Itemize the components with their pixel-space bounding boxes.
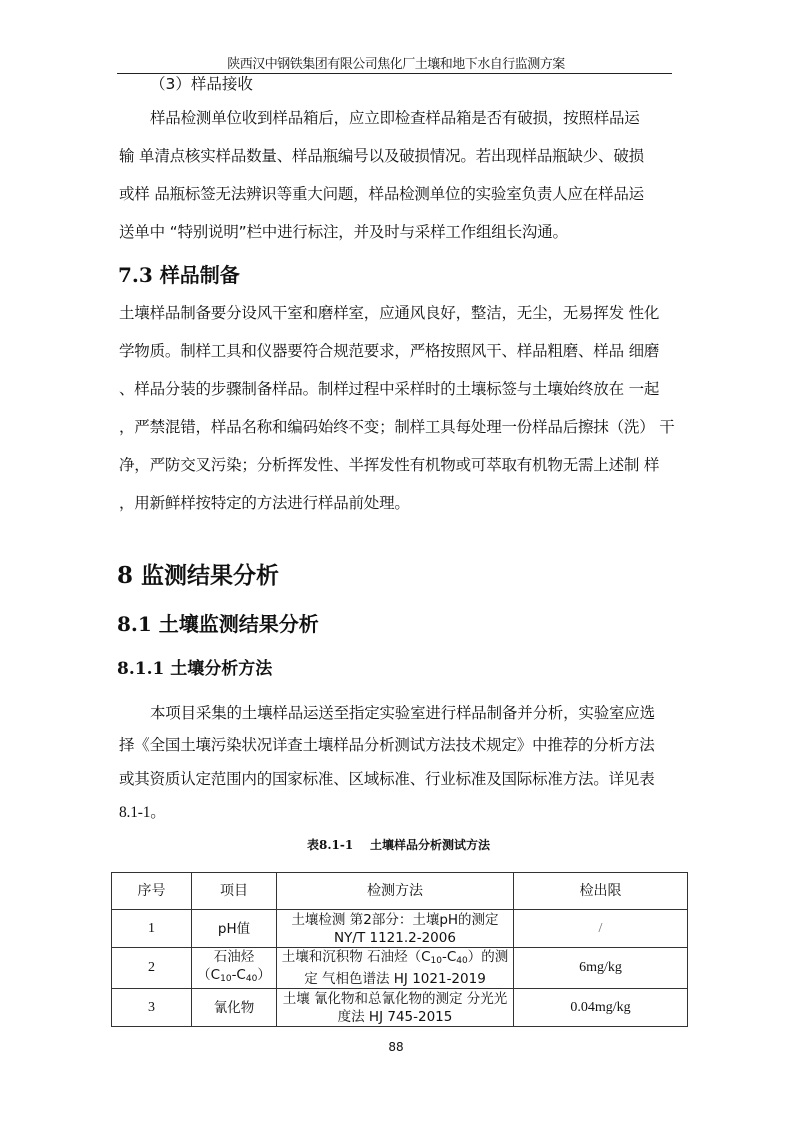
header-item: 项目 xyxy=(192,873,277,910)
table-row: 2 石油烃（C10-C40） 土壤和沉积物 石油烃（C10-C40）的测定 气相… xyxy=(112,948,688,989)
paragraph-line: 、样品分装的步骤制备样品。制样过程中采样时的土壤标签与土壤始终放在 一起 xyxy=(119,370,675,408)
cell-limit: 6mg/kg xyxy=(514,948,688,989)
paragraph-analysis-method-cont: 择《全国土壤污染状况详查土壤样品分析测试方法技术规定》中推荐的分析方法 或其资质… xyxy=(119,728,655,830)
table-caption: 表8.1-1 土壤样品分析测试方法 xyxy=(111,836,686,853)
page-number: 88 xyxy=(0,1040,792,1054)
chapter-heading-8: 8 监测结果分析 xyxy=(117,557,279,590)
header-no: 序号 xyxy=(112,873,192,910)
subsection-heading-8-1-1: 8.1.1 土壤分析方法 xyxy=(117,654,272,679)
paragraph-line: ，严禁混错，样品名称和编码始终不变；制样工具每处理一份样品后擦抹（洗） 干 xyxy=(119,408,675,446)
subscript: 10 xyxy=(431,956,442,966)
paragraph-line: 输 单清点核实样品数量、样品瓶编号以及破损情况。若出现样品瓶缺少、破损 xyxy=(119,137,644,175)
header-method: 检测方法 xyxy=(277,873,514,910)
subscript: 40 xyxy=(246,974,257,984)
paragraph-line: 或其资质认定范围内的国家标准、区域标准、行业标准及国际标准方法。详见表 xyxy=(119,762,655,796)
header-limit: 检出限 xyxy=(514,873,688,910)
cell-item: pH值 xyxy=(192,910,277,948)
cell-limit: / xyxy=(514,910,688,948)
paragraph-line: 8.1-1。 xyxy=(119,796,655,830)
cell-item: 石油烃（C10-C40） xyxy=(192,948,277,989)
paragraph-sample-receipt: 样品检测单位收到样品箱后，应立即检查样品箱是否有破损，按照样品运 xyxy=(150,99,640,137)
cell-no: 1 xyxy=(112,910,192,948)
paragraph-sample-receipt-cont: 输 单清点核实样品数量、样品瓶编号以及破损情况。若出现样品瓶缺少、破损 或样 品… xyxy=(119,137,644,251)
paragraph-line: 或样 品瓶标签无法辨识等重大问题，样品检测单位的实验室负责人应在样品运 xyxy=(119,175,644,213)
text-fragment: ） xyxy=(257,967,271,983)
table-row: 1 pH值 土壤检测 第2部分：土壤pH的测定 NY/T 1121.2-2006… xyxy=(112,910,688,948)
running-header: 陕西汉中钢铁集团有限公司焦化厂土壤和地下水自行监测方案 xyxy=(120,53,672,72)
text-fragment: -C xyxy=(232,967,246,983)
paragraph-line: 择《全国土壤污染状况详查土壤样品分析测试方法技术规定》中推荐的分析方法 xyxy=(119,728,655,762)
paragraph-analysis-method: 本项目采集的土壤样品运送至指定实验室进行样品制备并分析，实验室应选 xyxy=(150,694,655,732)
cell-method: 土壤 氰化物和总氰化物的测定 分光光度法 HJ 745-2015 xyxy=(277,989,514,1027)
paragraph-line: ，用新鲜样按特定的方法进行样品前处理。 xyxy=(119,484,675,522)
section-heading-7-3: 7.3 样品制备 xyxy=(118,259,240,288)
table-row: 3 氰化物 土壤 氰化物和总氰化物的测定 分光光度法 HJ 745-2015 0… xyxy=(112,989,688,1027)
cell-method: 土壤检测 第2部分：土壤pH的测定 NY/T 1121.2-2006 xyxy=(277,910,514,948)
cell-method: 土壤和沉积物 石油烃（C10-C40）的测定 气相色谱法 HJ 1021-201… xyxy=(277,948,514,989)
cell-no: 2 xyxy=(112,948,192,989)
section-heading-8-1: 8.1 土壤监测结果分析 xyxy=(117,608,319,637)
paragraph-line: 土壤样品制备要分设风干室和磨样室，应通风良好，整洁，无尘，无易挥发 性化 xyxy=(119,294,675,332)
paragraph-line: 送单中 “特别说明”栏中进行标注，并及时与采样工作组组长沟通。 xyxy=(119,213,644,251)
subscript: 10 xyxy=(220,974,231,984)
paragraph-line: 学物质。制样工具和仪器要符合规范要求，严格按照风干、样品粗磨、样品 细磨 xyxy=(119,332,675,370)
paragraph-line: 净，严防交叉污染；分析挥发性、半挥发性有机物或可萃取有机物无需上述制 样 xyxy=(119,446,675,484)
text-fragment: 土壤和沉积物 石油烃（C xyxy=(282,949,431,965)
cell-item: 氰化物 xyxy=(192,989,277,1027)
paragraph-line: 本项目采集的土壤样品运送至指定实验室进行样品制备并分析，实验室应选 xyxy=(150,694,655,732)
soil-analysis-methods-table: 序号 项目 检测方法 检出限 1 pH值 土壤检测 第2部分：土壤pH的测定 N… xyxy=(111,872,688,1027)
cell-no: 3 xyxy=(112,989,192,1027)
table-header-row: 序号 项目 检测方法 检出限 xyxy=(112,873,688,910)
subscript: 40 xyxy=(456,956,467,966)
paragraph-sample-preparation: 土壤样品制备要分设风干室和磨样室，应通风良好，整洁，无尘，无易挥发 性化 学物质… xyxy=(119,294,675,522)
paragraph-line: 样品检测单位收到样品箱后，应立即检查样品箱是否有破损，按照样品运 xyxy=(150,99,640,137)
cell-limit: 0.04mg/kg xyxy=(514,989,688,1027)
subsection-heading-sample-receipt: （3）样品接收 xyxy=(150,72,253,94)
text-fragment: -C xyxy=(442,949,456,965)
